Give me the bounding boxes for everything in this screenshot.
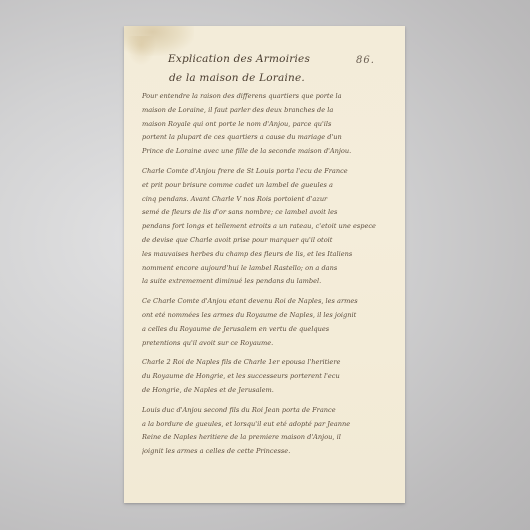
text-line: a la bordure de gueules, et lorsqu'il eu… — [142, 418, 394, 432]
text-line: maison Royale qui ont porte le nom d'Anj… — [142, 118, 394, 132]
paragraph: Charle 2 Roi de Naples fils de Charle 1e… — [142, 356, 394, 397]
text-line: la suite extremement diminué les pendans… — [142, 275, 394, 289]
text-line: pendans fort longs et tellement etroits … — [142, 220, 394, 234]
paragraph: Louis duc d'Anjou second fils du Roi Jea… — [142, 404, 394, 459]
text-line: semé de fleurs de lis d'or sans nombre; … — [142, 206, 394, 220]
text-line: Louis duc d'Anjou second fils du Roi Jea… — [142, 404, 394, 418]
title-line-2: de la maison de Loraine. — [168, 69, 310, 88]
text-line: Charle Comte d'Anjou frere de St Louis p… — [142, 165, 394, 179]
manuscript-title: Explication des Armoiries de la maison d… — [168, 50, 310, 88]
text-line: nomment encore aujourd'hui le lambel Ras… — [142, 262, 394, 276]
text-line: joignit les armes a celles de cette Prin… — [142, 445, 394, 459]
text-line: Prince de Loraine avec une fille de la s… — [142, 145, 394, 159]
text-line: pretentions qu'il avoit sur ce Royaume. — [142, 337, 394, 351]
manuscript-body: Pour entendre la raison des differens qu… — [142, 90, 394, 465]
text-line: Ce Charle Comte d'Anjou etant devenu Roi… — [142, 295, 394, 309]
text-line: de devise que Charle avoit prise pour ma… — [142, 234, 394, 248]
text-line: Pour entendre la raison des differens qu… — [142, 90, 394, 104]
paper-stain-small — [126, 36, 156, 66]
paragraph: Ce Charle Comte d'Anjou etant devenu Roi… — [142, 295, 394, 350]
text-line: les mauvaises herbes du champ des fleurs… — [142, 248, 394, 262]
page-number: 86. — [356, 55, 375, 66]
text-line: cinq pendans. Avant Charle V nos Rois po… — [142, 193, 394, 207]
text-line: portent la plupart de ces quartiers a ca… — [142, 131, 394, 145]
text-line: maison de Loraine, il faut parler des de… — [142, 104, 394, 118]
paragraph: Charle Comte d'Anjou frere de St Louis p… — [142, 165, 394, 289]
title-line-1: Explication des Armoiries — [168, 50, 310, 69]
text-line: Charle 2 Roi de Naples fils de Charle 1e… — [142, 356, 394, 370]
text-line: Reine de Naples heritiere de la premiere… — [142, 431, 394, 445]
text-line: de Hongrie, de Naples et de Jerusalem. — [142, 384, 394, 398]
text-line: a celles du Royaume de Jerusalem en vert… — [142, 323, 394, 337]
manuscript-poster: Explication des Armoiries de la maison d… — [124, 26, 405, 503]
text-line: et prit pour brisure comme cadet un lamb… — [142, 179, 394, 193]
paragraph: Pour entendre la raison des differens qu… — [142, 90, 394, 159]
text-line: ont eté nommées les armes du Royaume de … — [142, 309, 394, 323]
text-line: du Royaume de Hongrie, et les successeur… — [142, 370, 394, 384]
